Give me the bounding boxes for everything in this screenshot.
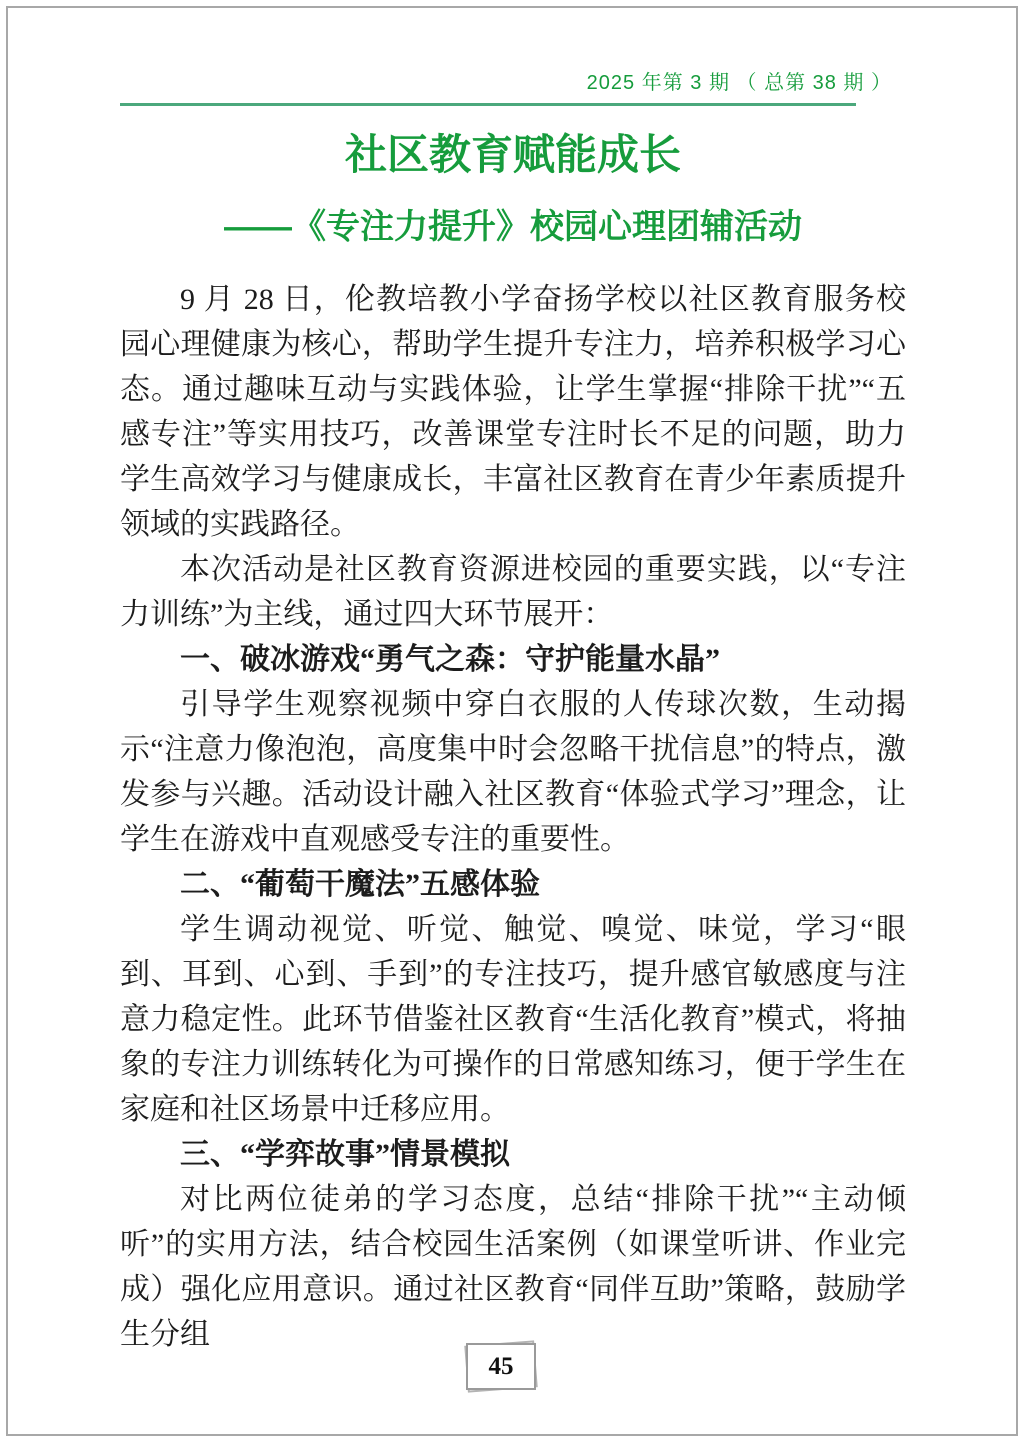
article-paragraph: 引导学生观察视频中穿白衣服的人传球次数，生动揭示“注意力像泡泡，高度集中时会忽略… — [120, 682, 906, 862]
article-title: 社区教育赋能成长 — [120, 131, 906, 179]
article-paragraph: 9 月 28 日，伦教培教小学奋扬学校以社区教育服务校园心理健康为核心，帮助学生… — [120, 277, 906, 547]
page: { "page": { "issue_label": "2025 年第 3 期 … — [0, 0, 1024, 1442]
page-number: 45 — [489, 1353, 514, 1381]
article-heading: 一、破冰游戏“勇气之森：守护能量水晶” — [120, 637, 906, 682]
article-heading: 二、“葡萄干魔法”五感体验 — [120, 862, 906, 907]
article-body: 9 月 28 日，伦教培教小学奋扬学校以社区教育服务校园心理健康为核心，帮助学生… — [120, 277, 906, 1357]
article-paragraph: 本次活动是社区教育资源进校园的重要实践，以“专注力训练”为主线，通过四大环节展开… — [120, 547, 906, 637]
page-number-front-frame: 45 — [466, 1343, 536, 1390]
page-number-box: 45 — [466, 1343, 536, 1390]
article-paragraph: 对比两位徒弟的学习态度，总结“排除干扰”“主动倾听”的实用方法，结合校园生活案例… — [120, 1177, 906, 1357]
page-content: 2025 年第 3 期 （ 总第 38 期 ） 社区教育赋能成长 ——《专注力提… — [120, 0, 906, 1357]
article-heading: 三、“学弈故事”情景模拟 — [120, 1132, 906, 1177]
header-rule — [120, 103, 856, 106]
issue-label: 2025 年第 3 期 （ 总第 38 期 ） — [120, 72, 906, 95]
article-paragraph: 学生调动视觉、听觉、触觉、嗅觉、味觉，学习“眼到、耳到、心到、手到”的专注技巧，… — [120, 907, 906, 1132]
article-subtitle: ——《专注力提升》校园心理团辅活动 — [120, 207, 906, 247]
